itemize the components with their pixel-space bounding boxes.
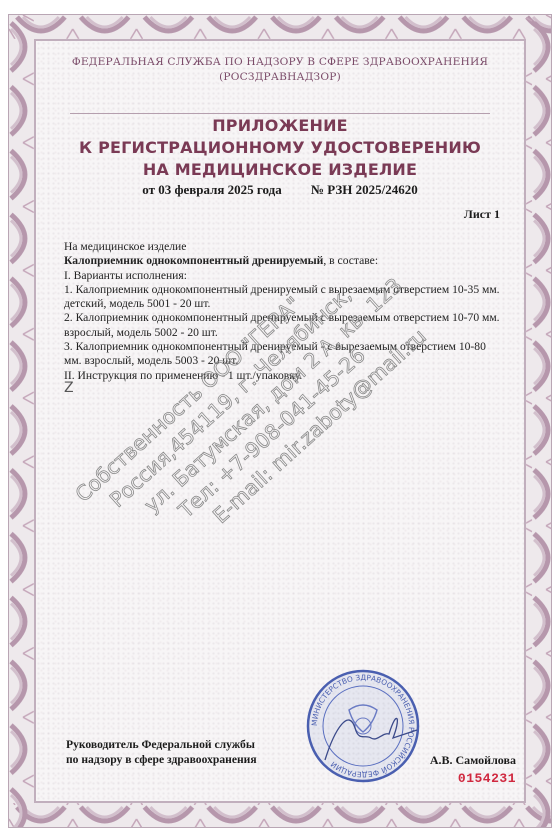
signatory-position: Руководитель Федеральной службы по надзо… (66, 737, 257, 767)
header-divider (70, 113, 490, 114)
title-line-2: К РЕГИСТРАЦИОННОМУ УДОСТОВЕРЕНИЮ (0, 137, 560, 159)
title-line-3: НА МЕДИЦИНСКОЕ ИЗДЕЛИЕ (0, 159, 560, 181)
title-line-1: ПРИЛОЖЕНИЕ (0, 115, 560, 137)
sheet-number: Лист 1 (464, 207, 500, 222)
section-variants: I. Варианты исполнения: (64, 269, 504, 283)
agency-header: ФЕДЕРАЛЬНАЯ СЛУЖБА ПО НАДЗОРУ В СФЕРЕ ЗД… (0, 55, 560, 85)
product-line: Калоприемник однокомпонентный дренируемы… (64, 254, 504, 268)
position-line-2: по надзору в сфере здравоохранения (66, 752, 257, 767)
agency-name: ФЕДЕРАЛЬНАЯ СЛУЖБА ПО НАДЗОРУ В СФЕРЕ ЗД… (0, 55, 560, 70)
document-date: от 03 февраля 2025 года (142, 182, 281, 197)
intro-text: На медицинское изделие (64, 240, 504, 254)
agency-abbrev: (РОСЗДРАВНАДЗОР) (0, 70, 560, 85)
serial-number: 0154231 (458, 771, 516, 786)
position-line-1: Руководитель Федеральной службы (66, 737, 257, 752)
handwritten-mark: Z (64, 380, 74, 396)
document-meta: от 03 февраля 2025 года № РЗН 2025/24620 (0, 182, 560, 198)
document-title: ПРИЛОЖЕНИЕ К РЕГИСТРАЦИОННОМУ УДОСТОВЕРЕ… (0, 115, 560, 181)
official-seal-icon: МИНИСТЕРСТВО ЗДРАВООХРАНЕНИЯ РОССИЙСКОЙ … (305, 668, 421, 784)
product-name: Калоприемник однокомпонентный дренируемы… (64, 254, 323, 267)
signer-name: А.В. Самойлова (430, 753, 516, 768)
registration-number: № РЗН 2025/24620 (311, 182, 418, 197)
